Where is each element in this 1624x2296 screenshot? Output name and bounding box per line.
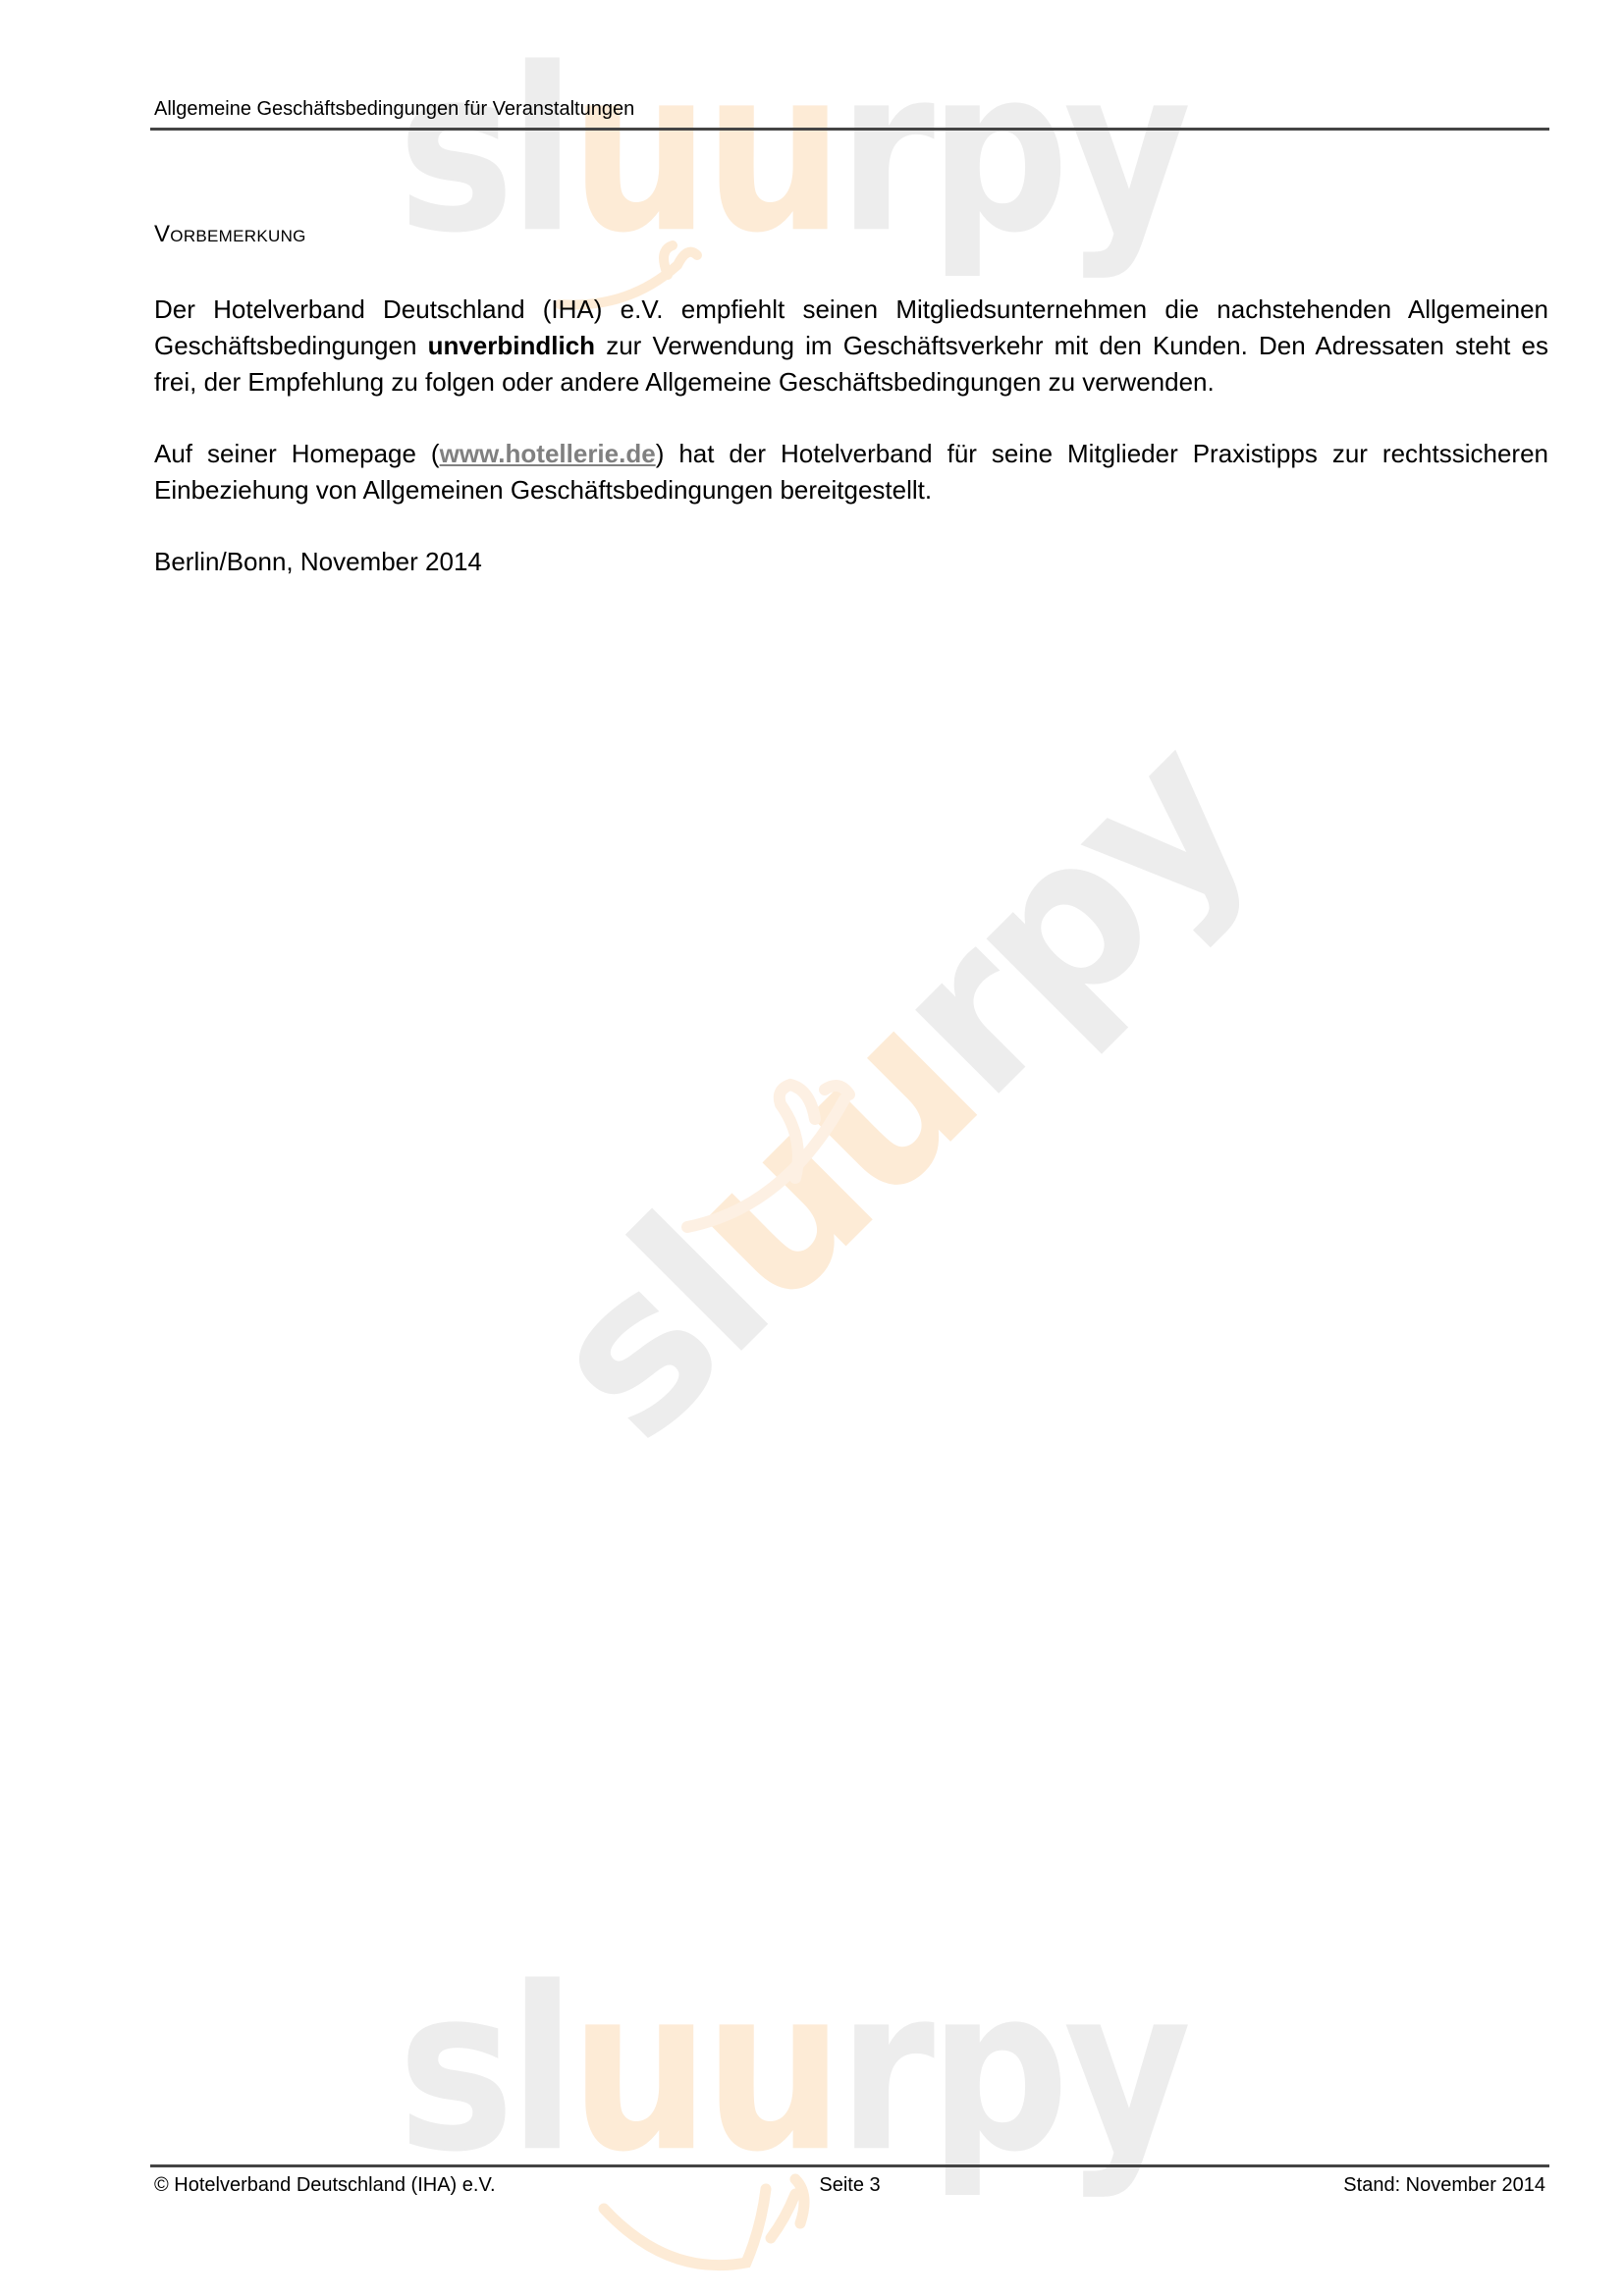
- paragraph-homepage: Auf seiner Homepage (www.hotellerie.de) …: [154, 436, 1548, 508]
- watermark-text-gray: sl: [398, 1939, 570, 2202]
- page-footer: © Hotelverband Deutschland (IHA) e.V. Se…: [150, 2164, 1549, 2197]
- watermark-text-gray: sl: [500, 1174, 812, 1486]
- emphasis-unverbindlich: unverbindlich: [428, 331, 595, 360]
- watermark-logo-middle: sluurpy: [513, 706, 1281, 1474]
- watermark-text-gray: rpy: [838, 1939, 1185, 2202]
- footer-copyright: © Hotelverband Deutschland (IHA) e.V.: [154, 2174, 618, 2197]
- page-header: Allgemeine Geschäftsbedingungen für Vera…: [150, 98, 1549, 131]
- paragraph-recommendation: Der Hotelverband Deutschland (IHA) e.V. …: [154, 292, 1548, 400]
- document-body: Vorbemerkung Der Hotelverband Deutschlan…: [154, 216, 1548, 615]
- paragraph-text: Auf seiner Homepage (: [154, 439, 440, 468]
- watermark-text-orange: uu: [635, 965, 1022, 1352]
- header-divider: [150, 128, 1549, 131]
- watermark-swirl-icon: [677, 1060, 874, 1237]
- footer-status: Stand: November 2014: [1082, 2174, 1545, 2197]
- document-title: Allgemeine Geschäftsbedingungen für Vera…: [150, 98, 1549, 128]
- watermark-text-orange: uu: [570, 1939, 839, 2202]
- section-heading: Vorbemerkung: [154, 216, 1548, 252]
- page-number: Seite 3: [618, 2174, 1081, 2197]
- place-date: Berlin/Bonn, November 2014: [154, 544, 1548, 580]
- watermark-logo-bottom: sluurpy: [398, 1958, 1186, 2184]
- watermark-text-gray: rpy: [844, 693, 1294, 1143]
- homepage-link[interactable]: www.hotellerie.de: [440, 439, 656, 468]
